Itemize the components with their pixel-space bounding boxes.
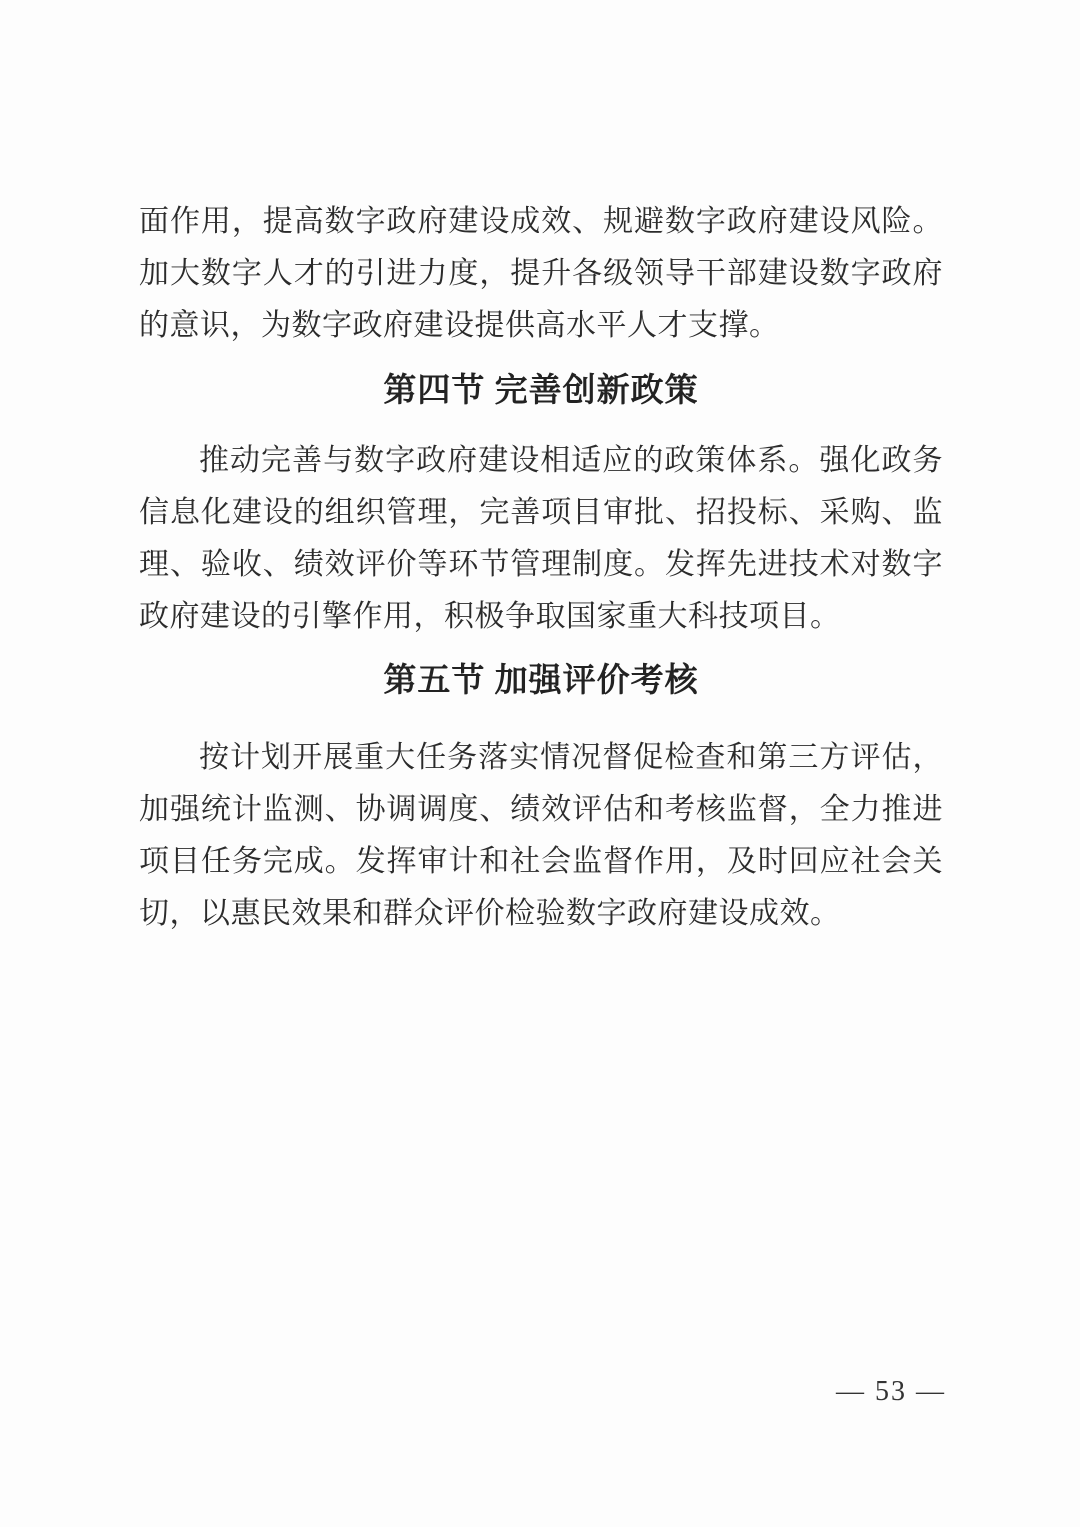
section-heading-4: 第四节 完善创新政策 <box>139 365 943 417</box>
page-content: 面作用，提高数字政府建设成效、规避数字政府建设风险。加大数字人才的引进力度，提升… <box>139 196 943 940</box>
paragraph-section-5: 按计划开展重大任务落实情况督促检查和第三方评估，加强统计监测、协调调度、绩效评估… <box>139 732 943 940</box>
document-page: 面作用，提高数字政府建设成效、规避数字政府建设风险。加大数字人才的引进力度，提升… <box>0 0 1080 1527</box>
page-number: — 53 — <box>836 1375 946 1409</box>
section-heading-5: 第五节 加强评价考核 <box>139 655 943 707</box>
paragraph-continuation: 面作用，提高数字政府建设成效、规避数字政府建设风险。加大数字人才的引进力度，提升… <box>139 196 943 352</box>
paragraph-section-4: 推动完善与数字政府建设相适应的政策体系。强化政务信息化建设的组织管理，完善项目审… <box>139 435 943 643</box>
